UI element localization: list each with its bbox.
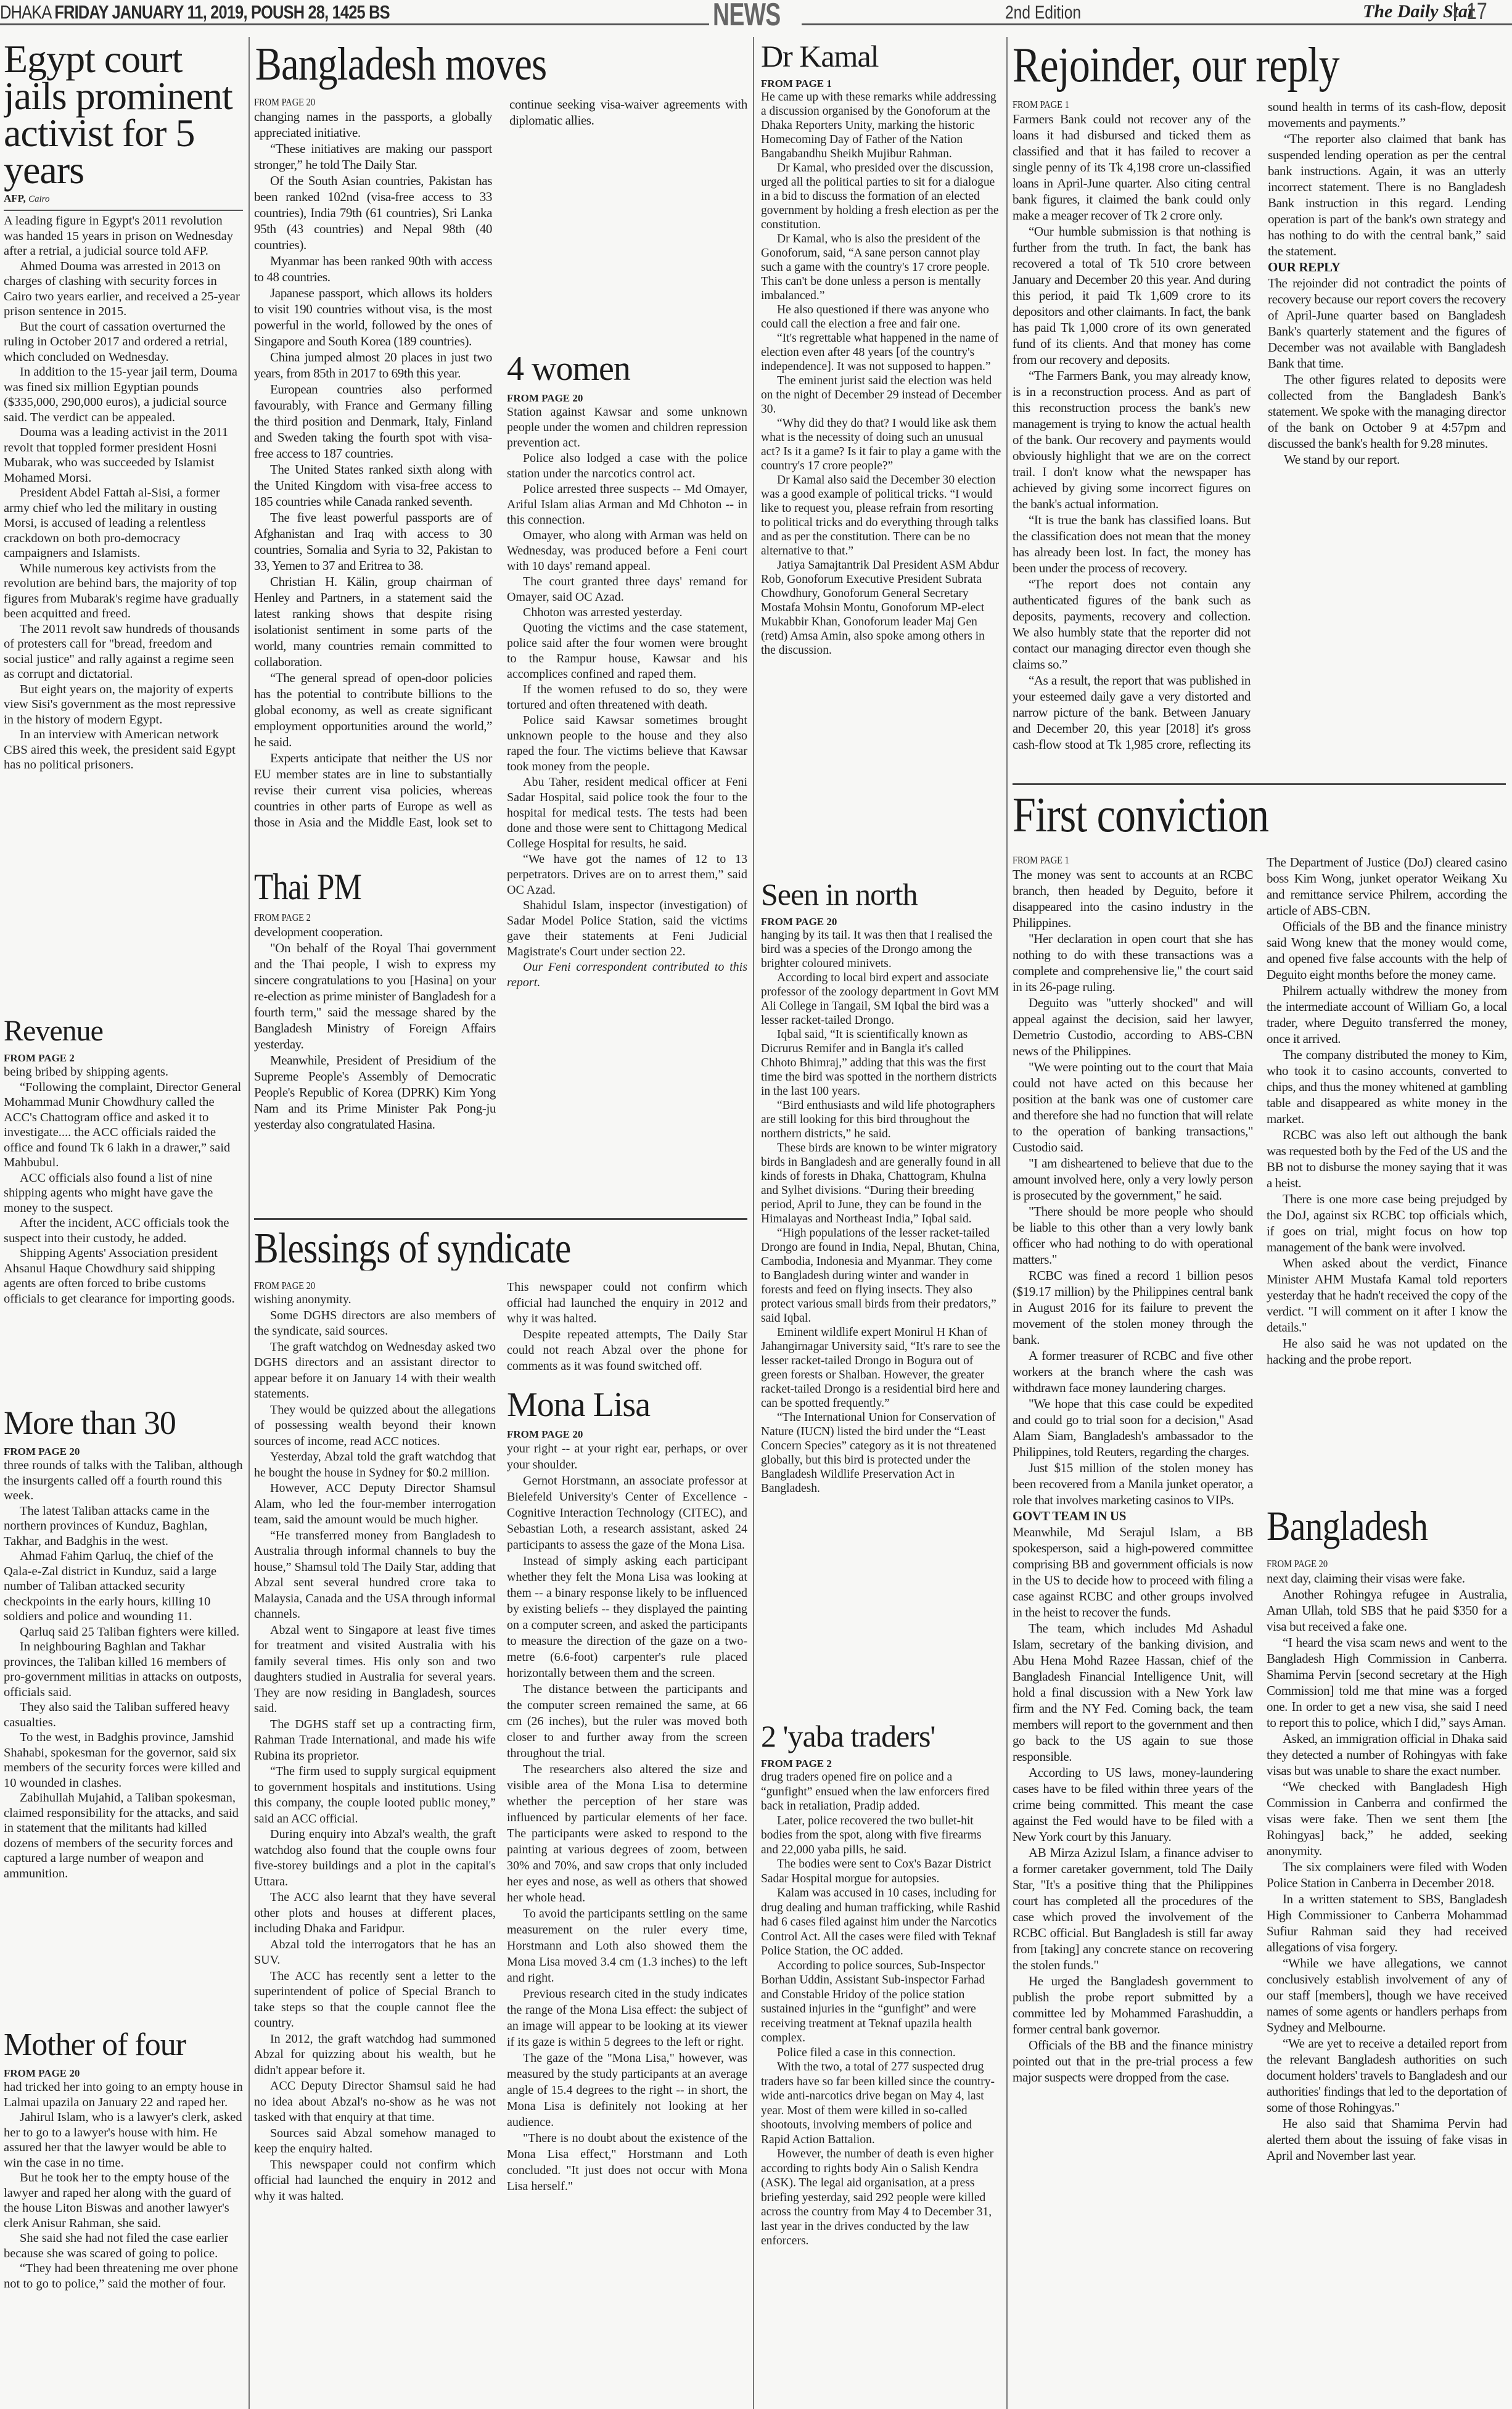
- paragraph: Station against Kawsar and some unknown …: [507, 405, 747, 451]
- paragraph: She said she had not filed the case earl…: [4, 2231, 243, 2261]
- paragraph: With the two, a total of 277 suspected d…: [761, 2060, 1001, 2147]
- paragraph: “It is true the bank has classified loan…: [1013, 512, 1251, 576]
- paragraph: He came up with these remarks while addr…: [761, 90, 1001, 161]
- headline: Thai PM: [254, 868, 459, 905]
- paragraph: They would be quizzed about the allegati…: [254, 1402, 496, 1450]
- from-page-label: FROM PAGE 20: [507, 392, 747, 405]
- from-page-label: FROM PAGE 20: [507, 1428, 747, 1441]
- paragraph: The company distributed the money to Kim…: [1267, 1047, 1507, 1127]
- paragraph: Sources said Abzal somehow managed to ke…: [254, 2126, 496, 2157]
- from-page-label: FROM PAGE 2: [761, 1758, 1001, 1770]
- paragraph: Farmers Bank could not recover any of th…: [1013, 111, 1251, 223]
- column-rule: [1006, 37, 1008, 2409]
- paragraph: Despite repeated attempts, The Daily Sta…: [507, 1327, 747, 1373]
- paragraph: The gaze of the "Mona Lisa," however, wa…: [507, 2050, 747, 2130]
- paragraph: Abu Taher, resident medical officer at F…: [507, 775, 747, 852]
- paragraph: had tricked her into going to an empty h…: [4, 2080, 243, 2110]
- paragraph: But he took her to the empty house of th…: [4, 2170, 243, 2231]
- headline: First conviction: [1013, 791, 1432, 840]
- paragraph: “We have got the names of 12 to 13 perpe…: [507, 852, 747, 898]
- paragraph: “We checked with Bangladesh High Commiss…: [1267, 1779, 1507, 1859]
- paragraph: Abzal told the interrogators that he has…: [254, 1937, 496, 1969]
- paragraph: “The reporter also claimed that bank has…: [1268, 131, 1506, 259]
- paragraph: If the women refused to do so, they were…: [507, 682, 747, 713]
- paragraph: drug traders opened fire on police and a…: [761, 1770, 1001, 1814]
- paragraph: wishing anonymity.: [254, 1292, 496, 1308]
- paragraph: "I am disheartened to believe that due t…: [1013, 1155, 1253, 1203]
- paragraph: “While we have allegations, we cannot co…: [1267, 1955, 1507, 2035]
- paragraph: “These initiatives are making our passpo…: [254, 141, 492, 173]
- paragraph: “He transferred money from Bangladesh to…: [254, 1528, 496, 1623]
- paragraph: The researchers also altered the size an…: [507, 1761, 747, 1906]
- paragraph: The distance between the participants an…: [507, 1681, 747, 1761]
- paragraph: European countries also performed favour…: [254, 381, 492, 461]
- paragraph: In 2012, the graft watchdog had summoned…: [254, 2032, 496, 2079]
- article-body: development cooperation. "On behalf of t…: [254, 924, 496, 1132]
- paragraph: Shipping Agents' Association president A…: [4, 1246, 243, 1306]
- story-rejoinder: Rejoinder, our reply FROM PAGE 1 Farmers…: [1013, 41, 1506, 781]
- paragraph: They also said the Taliban suffered heav…: [4, 1700, 243, 1730]
- from-page-label: FROM PAGE 20: [4, 1446, 243, 1458]
- paragraph: being bribed by shipping agents.: [4, 1064, 243, 1080]
- paragraph: Dr Kamal, who presided over the discussi…: [761, 161, 1001, 232]
- paragraph: But eight years on, the majority of expe…: [4, 682, 243, 728]
- paragraph: To avoid the participants settling on th…: [507, 1906, 747, 1986]
- article-body: drug traders opened fire on police and a…: [761, 1770, 1001, 2249]
- paragraph: Police arrested three suspects -- Md Oma…: [507, 482, 747, 528]
- headline: More than 30: [4, 1406, 243, 1439]
- headline: Revenue: [4, 1016, 243, 1046]
- paragraph: ACC officials also found a list of nine …: [4, 1171, 243, 1216]
- paragraph: China jumped almost 20 places in just tw…: [254, 349, 492, 381]
- article-body: hanging by its tail. It was then that I …: [761, 928, 1001, 1496]
- paragraph: your right -- at your right ear, perhaps…: [507, 1441, 747, 1473]
- paragraph: "Her declaration in open court that she …: [1013, 931, 1253, 995]
- paragraph: The ACC has recently sent a letter to th…: [254, 1969, 496, 2032]
- paragraph: The graft watchdog on Wednesday asked tw…: [254, 1340, 496, 1402]
- paragraph: The rejoinder did not contradict the poi…: [1268, 275, 1506, 371]
- paragraph: Another Rohingya refugee in Australia, A…: [1267, 1586, 1507, 1634]
- headline: Rejoinder, our reply: [1013, 41, 1432, 90]
- story-blessings-continued: This newspaper could not confirm which o…: [507, 1280, 747, 1372]
- article-body: A leading figure in Egypt's 2011 revolut…: [4, 213, 243, 773]
- masthead-rule-right: [802, 23, 1512, 25]
- paragraph: President Abdel Fattah al-Sisi, a former…: [4, 485, 243, 561]
- paragraph: Abzal went to Singapore at least five ti…: [254, 1623, 496, 1717]
- paragraph: According to police sources, Sub-Inspect…: [761, 1959, 1001, 2046]
- from-page-label: FROM PAGE 2: [4, 1052, 243, 1064]
- section-divider: [254, 1218, 747, 1220]
- paragraph: The money was sent to accounts at an RCB…: [1013, 867, 1253, 931]
- story-more-than-30: More than 30 FROM PAGE 20 three rounds o…: [4, 1406, 243, 2023]
- paragraph: RCBC was also left out although the bank…: [1267, 1127, 1507, 1191]
- paragraph: next day, claiming their visas were fake…: [1267, 1570, 1507, 1586]
- story-thai-pm: Thai PM FROM PAGE 2 development cooperat…: [254, 868, 496, 1214]
- paragraph: “Why did they do that? I would like ask …: [761, 416, 1001, 473]
- paragraph: The 2011 revolt saw hundreds of thousand…: [4, 622, 243, 682]
- masthead-separator: [1454, 2, 1456, 21]
- paragraph: Myanmar has been ranked 90th with access…: [254, 253, 492, 285]
- dateline-city: DHAKA: [0, 1, 51, 23]
- paragraph: To the west, in Badghis province, Jamshi…: [4, 1730, 243, 1790]
- paragraph: Officials of the BB and the finance mini…: [1013, 2037, 1253, 2085]
- paragraph: Douma was a leading activist in the 2011…: [4, 425, 243, 485]
- paragraph: Philrem actually withdrew the money from…: [1267, 982, 1507, 1047]
- byline-agency: AFP,: [4, 192, 26, 204]
- article-body: wishing anonymity. Some DGHS directors a…: [254, 1292, 496, 2204]
- paragraph: He urged the Bangladesh government to pu…: [1013, 1973, 1253, 2037]
- paragraph: Zabihullah Mujahid, a Taliban spokesman,…: [4, 1790, 243, 1881]
- paragraph: Qarluq said 25 Taliban fighters were kil…: [4, 1625, 243, 1640]
- story-egypt: Egypt court jails prominent activist for…: [4, 41, 243, 1003]
- paragraph: In a written statement to SBS, Banglades…: [1267, 1891, 1507, 1955]
- paragraph: Police said Kawsar sometimes brought unk…: [507, 713, 747, 775]
- paragraph: When asked about the verdict, Finance Mi…: [1267, 1255, 1507, 1335]
- paragraph: He also said he was not updated on the h…: [1267, 1335, 1507, 1367]
- paragraph: Dr Kamal also said the December 30 elect…: [761, 473, 1001, 558]
- edition-label: 2nd Edition: [1005, 2, 1081, 23]
- from-page-label: FROM PAGE 20: [4, 2067, 243, 2080]
- paragraph: “They had been threatening me over phone…: [4, 2261, 243, 2291]
- story-mother-of-four: Mother of four FROM PAGE 20 had tricked …: [4, 2029, 243, 2409]
- column-rule: [249, 37, 250, 2409]
- story-yaba-traders: 2 'yaba traders' FROM PAGE 2 drug trader…: [761, 1721, 1001, 2409]
- paragraph: According to local bird expert and assoc…: [761, 971, 1001, 1027]
- from-page-label: FROM PAGE 20: [254, 96, 456, 109]
- paragraph: development cooperation.: [254, 924, 496, 940]
- paragraph: “I heard the visa scam news and went to …: [1267, 1634, 1507, 1731]
- story-blessings: FROM PAGE 20 wishing anonymity. Some DGH…: [254, 1280, 496, 2409]
- paragraph: Eminent wildlife expert Monirul H Khan o…: [761, 1325, 1001, 1410]
- paragraph: But the court of cassation overturned th…: [4, 319, 243, 365]
- from-page-label: FROM PAGE 20: [1267, 1558, 1471, 1570]
- paragraph: Previous research cited in the study ind…: [507, 1986, 747, 2050]
- story-dr-kamal: Dr Kamal FROM PAGE 1 He came up with the…: [761, 41, 1001, 904]
- article-body: being bribed by shipping agents. “Follow…: [4, 1064, 243, 1306]
- headline: Bangladesh: [1267, 1505, 1471, 1547]
- from-page-label: FROM PAGE 20: [761, 916, 1001, 928]
- story-blessings-headline: Blessings of syndicate: [254, 1227, 747, 1270]
- headline: Blessings of syndicate: [254, 1227, 673, 1270]
- paragraph: However, the number of death is even hig…: [761, 2147, 1001, 2249]
- paragraph: Later, police recovered the two bullet-h…: [761, 1814, 1001, 1858]
- paragraph: “Our humble submission is that nothing i…: [1013, 223, 1251, 368]
- paragraph: The other figures related to deposits we…: [1268, 371, 1506, 451]
- dateline-date: FRIDAY JANUARY 11, 2019, POUSH 28, 1425 …: [54, 1, 389, 23]
- article-columns: FROM PAGE 1 Farmers Bank could not recov…: [1013, 99, 1506, 765]
- paragraph: These birds are known to be winter migra…: [761, 1141, 1001, 1226]
- paragraph: hanging by its tail. It was then that I …: [761, 928, 1001, 971]
- paragraph: “It's regrettable what happened in the n…: [761, 331, 1001, 374]
- article-body: The Department of Justice (DoJ) cleared …: [1267, 854, 1507, 1367]
- paragraph: He also questioned if there was anyone w…: [761, 303, 1001, 331]
- story-first-conviction-body: FROM PAGE 1 The money was sent to accoun…: [1013, 854, 1253, 2409]
- article-body: three rounds of talks with the Taliban, …: [4, 1458, 243, 1881]
- article-body: Station against Kawsar and some unknown …: [507, 405, 747, 990]
- paragraph: The six complainers were filed with Wode…: [1267, 1859, 1507, 1891]
- paragraph: “The firm used to supply surgical equipm…: [254, 1764, 496, 1827]
- paragraph: Officials of the BB and the finance mini…: [1267, 918, 1507, 982]
- headline: 4 women: [507, 352, 747, 386]
- paragraph: "We hope that this case could be expedit…: [1013, 1396, 1253, 1460]
- paragraph: RCBC was fined a record 1 billion pesos …: [1013, 1267, 1253, 1348]
- story-mona-lisa: Mona Lisa FROM PAGE 20 your right -- at …: [507, 1388, 747, 2409]
- paragraph: Dr Kamal, who is also the president of t…: [761, 232, 1001, 303]
- paragraph: A leading figure in Egypt's 2011 revolut…: [4, 213, 243, 259]
- paragraph: "We were pointing out to the court that …: [1013, 1059, 1253, 1155]
- paragraph: After the incident, ACC officials took t…: [4, 1216, 243, 1246]
- paragraph: In an interview with American network CB…: [4, 727, 243, 773]
- paragraph: We stand by our report.: [1268, 451, 1506, 467]
- paragraph: “The Farmers Bank, you may already know,…: [1013, 368, 1251, 512]
- paragraph: The team, which includes Md Ashadul Isla…: [1013, 1620, 1253, 1765]
- paragraph: According to US laws, money-laundering c…: [1013, 1765, 1253, 1845]
- paragraph: “High populations of the lesser racket-t…: [761, 1226, 1001, 1325]
- paragraph: In addition to the 15-year jail term, Do…: [4, 364, 243, 425]
- page-number: 17: [1466, 0, 1487, 25]
- paragraph: Of the South Asian countries, Pakistan h…: [254, 173, 492, 253]
- paragraph: Chhoton was arrested yesterday.: [507, 605, 747, 620]
- from-page-label: FROM PAGE 2: [254, 912, 459, 924]
- paragraph: He also said that Shamima Pervin had ale…: [1267, 2115, 1507, 2164]
- paragraph: "On behalf of the Royal Thai government …: [254, 940, 496, 1052]
- byline-place: Cairo: [28, 194, 49, 204]
- dateline: DHAKA FRIDAY JANUARY 11, 2019, POUSH 28,…: [0, 1, 390, 23]
- paragraph: Omayer, who along with Arman was held on…: [507, 528, 747, 574]
- newspaper-logo: The Daily Star: [1363, 1, 1475, 22]
- paragraph: Meanwhile, President of Presidium of the…: [254, 1052, 496, 1132]
- from-page-label: FROM PAGE 20: [254, 1280, 459, 1292]
- paragraph: The court granted three days' remand for…: [507, 574, 747, 605]
- paragraph: This newspaper could not confirm which o…: [507, 1280, 747, 1327]
- paragraph: Yesterday, Abzal told the graft watchdog…: [254, 1449, 496, 1481]
- paragraph: The DGHS staff set up a contracting firm…: [254, 1717, 496, 1765]
- masthead: DHAKA FRIDAY JANUARY 11, 2019, POUSH 28,…: [0, 0, 1512, 30]
- paragraph: There is one more case being prejudged b…: [1267, 1191, 1507, 1255]
- paragraph: The United States ranked sixth along wit…: [254, 461, 492, 509]
- headline: Seen in north: [761, 879, 1001, 910]
- paragraph: During enquiry into Abzal's wealth, the …: [254, 1827, 496, 1890]
- from-page-label: FROM PAGE 1: [1013, 854, 1217, 867]
- subhead-our-reply: OUR REPLY: [1268, 259, 1506, 275]
- paragraph: Instead of simply asking each participan…: [507, 1553, 747, 1681]
- paragraph: Deguito was "utterly shocked" and will a…: [1013, 995, 1253, 1059]
- story-seen-in-north: Seen in north FROM PAGE 20 hanging by it…: [761, 879, 1001, 1705]
- byline: AFP, Cairo: [4, 192, 243, 211]
- headline: Egypt court jails prominent activist for…: [4, 41, 243, 189]
- from-page-label: FROM PAGE 1: [1013, 99, 1215, 111]
- paragraph: Ahmed Douma was arrested in 2013 on char…: [4, 259, 243, 319]
- section-divider: [1013, 783, 1506, 785]
- paragraph: Jahirul Islam, who is a lawyer's clerk, …: [4, 2110, 243, 2170]
- article-body: your right -- at your right ear, perhaps…: [507, 1441, 747, 2194]
- story-revenue: Revenue FROM PAGE 2 being bribed by ship…: [4, 1016, 243, 1411]
- paragraph: AB Mirza Azizul Islam, a finance adviser…: [1013, 1845, 1253, 1973]
- paragraph: This newspaper could not confirm which o…: [254, 2157, 496, 2205]
- paragraph: "There is no doubt about the existence o…: [507, 2130, 747, 2194]
- paragraph: Police also lodged a case with the polic…: [507, 451, 747, 482]
- headline: 2 'yaba traders': [761, 1721, 1001, 1752]
- article-body: The money was sent to accounts at an RCB…: [1013, 867, 1253, 2085]
- article-body: Farmers Bank could not recover any of th…: [1013, 99, 1506, 765]
- paragraph: Gernot Horstmann, an associate professor…: [507, 1473, 747, 1553]
- paragraph: While numerous key activists from the re…: [4, 561, 243, 622]
- masthead-rule-left: [0, 23, 709, 25]
- paragraph: The latest Taliban attacks came in the n…: [4, 1504, 243, 1549]
- paragraph: Christian H. Kälin, group chairman of He…: [254, 574, 492, 670]
- headline: Bangladesh moves: [254, 41, 673, 88]
- paragraph: changing names in the passports, a globa…: [254, 109, 492, 141]
- paragraph: Police filed a case in this connection.: [761, 2046, 1001, 2061]
- paragraph: Shahidul Islam, inspector (investigation…: [507, 898, 747, 960]
- paragraph: Just $15 million of the stolen money has…: [1013, 1460, 1253, 1508]
- story-four-women: 4 women FROM PAGE 20 Station against Kaw…: [507, 352, 747, 1215]
- paragraph: The eminent jurist said the election was…: [761, 374, 1001, 416]
- paragraph: Kalam was accused in 10 cases, including…: [761, 1886, 1001, 1959]
- paragraph: Quoting the victims and the case stateme…: [507, 620, 747, 682]
- column-rule: [753, 37, 754, 2409]
- subhead-govt-team: GOVT TEAM IN US: [1013, 1508, 1253, 1524]
- article-body: next day, claiming their visas were fake…: [1267, 1570, 1507, 2164]
- section-label: NEWS: [713, 0, 780, 33]
- paragraph: Ahmad Fahim Qarluq, the chief of the Qal…: [4, 1549, 243, 1625]
- paragraph: A former treasurer of RCBC and five othe…: [1013, 1348, 1253, 1396]
- paragraph: The five least powerful passports are of…: [254, 509, 492, 574]
- paragraph: "There should be more people who should …: [1013, 1203, 1253, 1267]
- paragraph: However, ACC Deputy Director Shamsul Ala…: [254, 1481, 496, 1528]
- article-body: He came up with these remarks while addr…: [761, 90, 1001, 657]
- contributor-credit: Our Feni correspondent contributed to th…: [507, 960, 747, 990]
- paragraph: Japanese passport, which allows its hold…: [254, 285, 492, 349]
- paragraph: Asked, an immigration official in Dhaka …: [1267, 1731, 1507, 1779]
- paragraph: “The report does not contain any authent…: [1013, 576, 1251, 672]
- headline: Mona Lisa: [507, 1388, 747, 1422]
- paragraph: “Bird enthusiasts and wild life photogra…: [761, 1098, 1001, 1141]
- paragraph: “The general spread of open-door policie…: [254, 670, 492, 750]
- paragraph: The bodies were sent to Cox's Bazar Dist…: [761, 1857, 1001, 1886]
- story-bangladesh: Bangladesh FROM PAGE 20 next day, claimi…: [1267, 1505, 1507, 2409]
- paragraph: ACC Deputy Director Shamsul said he had …: [254, 2078, 496, 2126]
- headline: Mother of four: [4, 2029, 243, 2061]
- paragraph: “We are yet to receive a detailed report…: [1267, 2035, 1507, 2115]
- headline: Dr Kamal: [761, 41, 1001, 72]
- paragraph: The Department of Justice (DoJ) cleared …: [1267, 854, 1507, 918]
- paragraph: Meanwhile, Md Serajul Islam, a BB spokes…: [1013, 1524, 1253, 1620]
- paragraph: “Following the complaint, Director Gener…: [4, 1080, 243, 1171]
- paragraph: three rounds of talks with the Taliban, …: [4, 1458, 243, 1504]
- from-page-label: FROM PAGE 1: [761, 78, 1001, 90]
- paragraph: Iqbal said, “It is scientifically known …: [761, 1027, 1001, 1098]
- story-first-conviction-col2: The Department of Justice (DoJ) cleared …: [1267, 854, 1507, 1502]
- paragraph: In neighbouring Baghlan and Takhar provi…: [4, 1639, 243, 1700]
- paragraph: “The International Union for Conservatio…: [761, 1410, 1001, 1496]
- article-body: had tricked her into going to an empty h…: [4, 2080, 243, 2291]
- paragraph: Jatiya Samajtantrik Dal President ASM Ab…: [761, 558, 1001, 657]
- article-body: This newspaper could not confirm which o…: [507, 1280, 747, 1372]
- paragraph: Some DGHS directors are also members of …: [254, 1308, 496, 1340]
- paragraph: The ACC also learnt that they have sever…: [254, 1890, 496, 1937]
